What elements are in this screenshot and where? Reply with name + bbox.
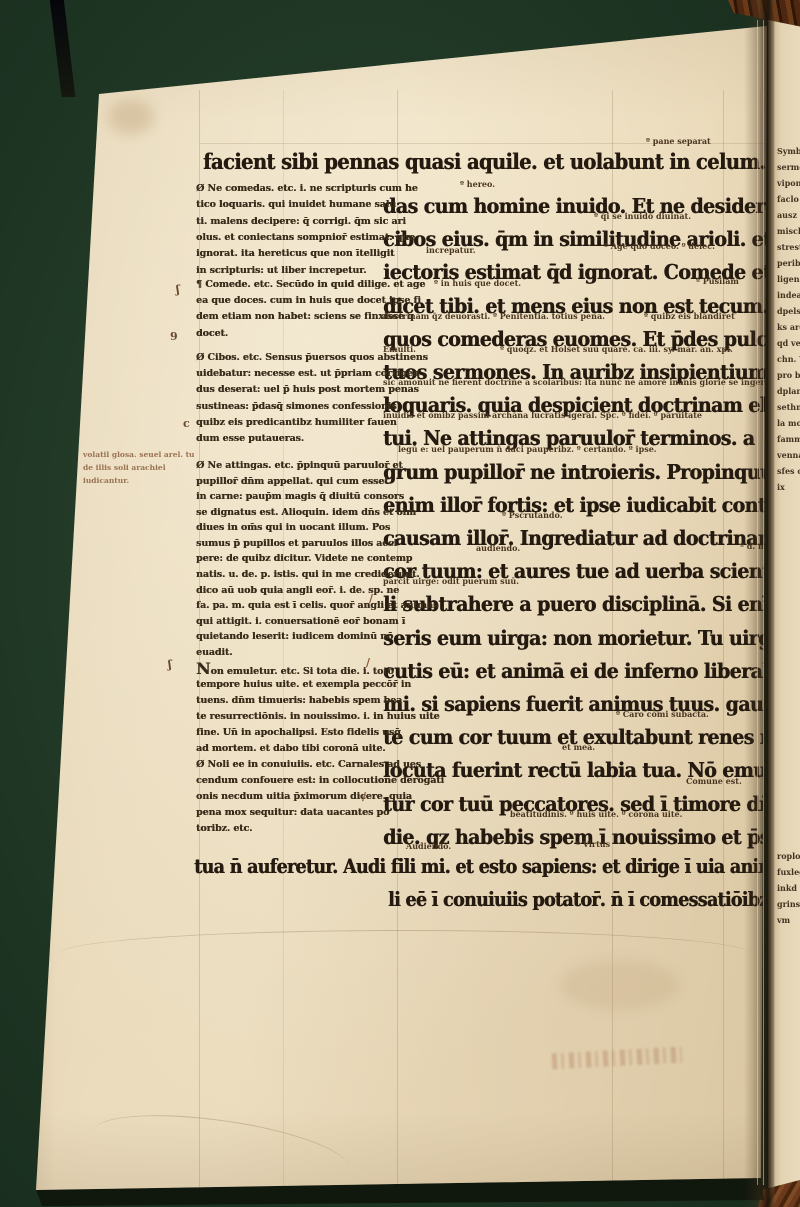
interlinear-gloss: º Caro cōmi subacta. (616, 709, 709, 719)
gloss-line: ti. malens decipere: q̄ corrigi. q̄m sic… (196, 214, 406, 230)
main-text-line: cutis eū: et animā ei de inferno liberab… (383, 657, 800, 686)
main-text-line: causam illor̄. Ingrediatur ad doctrinam (383, 524, 777, 553)
gloss-line: toribz. etc. (196, 821, 252, 837)
gloss-line: diues in om̄s qui in uocant illum. Pos (196, 520, 390, 536)
parchment-crease (87, 1102, 353, 1199)
interlinear-gloss: º Virtus (576, 839, 610, 849)
interlinear-gloss: audiendo. (476, 543, 520, 553)
gloss-line: ignorat. ita hereticus que non ītelligit (196, 246, 394, 262)
interlinear-gloss: º Pusilam (696, 276, 739, 286)
margin-mark: ʃ (168, 658, 172, 671)
gloss-line: Ø Noli ee in conuiuiis. etc. Carnales ad… (196, 757, 421, 773)
fore-edge-text: Symb (777, 146, 800, 156)
accent-mark: / (362, 790, 366, 803)
gloss-line: dem etiam non habet: sciens se finxisse … (196, 309, 414, 325)
fore-edge-text: peribz (777, 258, 800, 268)
fore-edge-text: grinsle (777, 899, 800, 909)
gloss-line: docet. (196, 326, 228, 342)
gloss-line: quietando leserit: iudicem dominū nō (196, 629, 393, 645)
stain (560, 960, 680, 1010)
main-text-line: enim illor̄ fortis: et ipse iudicabit co… (383, 491, 800, 520)
parchment-page: facient sibi pennas quasi aquile. et uol… (0, 0, 800, 1207)
gloss-line: sumus p̄ pupillos et paruulos illos acci (196, 536, 397, 552)
gutter-shadow (744, 0, 775, 1207)
main-text-line: facient sibi pennas quasi aquile. et uol… (203, 148, 800, 177)
gloss-line: Ø Cibos. etc. Sensus p̄uersos quos absti… (196, 350, 428, 366)
fore-edge-text: fuxleg (777, 867, 800, 877)
interlinear-gloss: increpatur. (426, 245, 476, 255)
fore-edge-text: ligendo (777, 274, 800, 284)
fore-edge-text: ix (777, 482, 800, 492)
gloss-line: onis necdum uitia p̄ximorum dicere. quia (196, 789, 412, 805)
gloss-line: Ø Ne comedas. etc. i. ne scripturis cum … (196, 181, 418, 197)
main-text-line: li eē ī conuiuiis potator̄. n̄ ī comessa… (388, 886, 800, 915)
gloss-line: cendum confouere est: in collocutione de… (196, 773, 444, 789)
interlinear-gloss: º hereo. (460, 179, 495, 189)
fore-edge-text: vm (777, 915, 800, 925)
interlinear-gloss: sic amonuit ne fierent doctrine a scolar… (383, 377, 779, 387)
margin-mark: ʃ (176, 283, 180, 296)
interlinear-gloss: Audiendo. (406, 841, 451, 851)
gloss-line: tico loquaris. qui inuidet humane salu (196, 197, 396, 213)
fore-edge-text: strestin (777, 242, 800, 252)
gloss-line: qui attigit. i. conuersationē eor̄ bonam… (196, 614, 405, 630)
manuscript-photo: Symb sermo vipon faclo p ausz el miscly … (0, 0, 800, 1207)
margin-note-line: volatil glosa. seuel arel. tu (83, 450, 195, 459)
gloss-line: pupillor̄ dn̄m appellat. qui cum esset (196, 474, 389, 490)
page-edge-line (757, 20, 758, 1185)
gloss-line: fa. pa. m. quia est ī celis. quor̄ angli… (196, 598, 438, 614)
gloss-line: olus. et coniectans sompnior̄ estimat: q… (196, 230, 415, 246)
bookmark-strap (44, 0, 76, 97)
fore-edge-text: fammo (777, 434, 800, 444)
margin-note-line: de illis soli arachiel (83, 463, 166, 472)
gloss-line: natis. u. de. p. istis. qui in me credid… (196, 567, 419, 583)
fore-edge-text: vipon (777, 178, 800, 188)
interlinear-gloss: º Age quo doceo. º delec. (604, 241, 715, 251)
interlinear-gloss: et mea. (562, 742, 595, 752)
gloss-line: tempore huius uite. et exempla peccōr̄ i… (196, 677, 411, 693)
fore-edge-text: inkd u (777, 883, 800, 893)
fore-edge-text: pro bern (777, 370, 800, 380)
fore-edge-text: qd venu (777, 338, 800, 348)
interlinear-gloss: doctrinam q̄z deuorasti. º Penitentia. t… (383, 311, 605, 321)
margin-mark: c (183, 417, 190, 430)
gloss-line: dus deserat: uel p̄ huis post mortem pen… (196, 382, 419, 398)
fore-edge-text: indeam (777, 290, 800, 300)
interlinear-gloss: º q̄i se inuido diuinat. (594, 211, 691, 221)
interlinear-gloss: legū e: uel pauperum n̄ daci pauperibz. … (398, 444, 657, 454)
fore-edge-text: sethnd (777, 402, 800, 412)
gloss-line: in carne: paup̄m magis q̄ diuitū consors (196, 489, 404, 505)
main-text-line: das cum homine inuido. Et ne desideres (383, 192, 786, 221)
gloss-line: quibz eis predicantibz humiliter fauen (196, 415, 397, 431)
fore-edge-text: la mode (777, 418, 800, 428)
stain (108, 100, 154, 134)
margin-mark: 9 (170, 330, 178, 343)
gloss-line: pere: de quibz dicitur. Videte ne contem… (196, 551, 412, 567)
gloss-line: uidebatur: necesse est. ut p̄priam corri… (196, 366, 420, 382)
main-text-line: mi. si sapiens fuerit animus tuus. gaude… (383, 690, 800, 719)
interlinear-gloss: Comune est. (686, 776, 742, 786)
gloss-line: tuens. dn̄m timueris: habebis spem bea (196, 693, 402, 709)
faded-inscription (552, 1047, 683, 1070)
fore-edge-text: vennas (777, 450, 800, 460)
interlinear-gloss: inuidis et omibz passim archana lucratis… (383, 410, 702, 420)
interlinear-gloss: º in huis que docet. (434, 278, 521, 288)
fore-edge-text: miscly (777, 226, 800, 236)
margin-note-line: iudicantur. (83, 476, 129, 485)
fore-edge-text: chn. Vlt (777, 354, 800, 364)
main-text-line: grum pupillor̄ ne introieris. Propinquus (383, 458, 783, 487)
interlinear-gloss: º quoq̄z. et Holset suū quare. ca. iii. … (500, 344, 733, 354)
fore-edge-text: sermo (777, 162, 800, 172)
accent-mark: / (366, 656, 370, 669)
interlinear-gloss: º quibz eis blandiret (644, 311, 735, 321)
main-text-line: li subtrahere a puero disciplinā. Si enī… (383, 590, 800, 619)
fore-edge-text: sfes on (777, 466, 800, 476)
gloss-line: te resurrectiōnis. in nouissimo. i. in h… (196, 709, 440, 725)
fore-edge-text: ausz el (777, 210, 800, 220)
gloss-line: ad mortem. et dabo tibi coronā uite. (196, 741, 385, 757)
fore-edge-text: faclo p (777, 194, 800, 204)
fore-edge-text: dpels; s (777, 306, 800, 316)
fore-edge-text: roplo (777, 851, 800, 861)
gloss-line: Ø Ne attingas. etc. p̄pinquū paruulor̄ e… (196, 458, 403, 474)
gloss-line: dum esse putaueras. (196, 431, 304, 447)
gloss-line: pena mox sequitur: data uacantes po (196, 805, 389, 821)
interlinear-gloss: º pane separat (646, 136, 711, 146)
gloss-line: sustineas: p̄dasq̄ simones confessionis (196, 399, 397, 415)
interlinear-gloss: beatitudinis. º huis uite. º corona uite… (510, 809, 682, 819)
interlinear-gloss: º P̄scrutando. (502, 510, 562, 520)
gloss-line: ea que doces. cum in huis que docet ipse… (196, 293, 421, 309)
page-edge-line (763, 20, 764, 1185)
accent-mark: / (369, 592, 373, 605)
main-text-line: tua n̄ auferetur. Audi fili mi. et esto … (194, 853, 800, 882)
fore-edge-text: dplan a (777, 386, 800, 396)
gloss-line: fine. Un̄ in apochalipsi. Esto fidelis u… (196, 725, 401, 741)
gloss-line: se dignatus est. Alioquin. idem dn̄s et … (196, 505, 416, 521)
fore-edge-text: ks arde (777, 322, 800, 332)
main-text-line: seris eum uirga: non morietur. Tu uirga … (383, 624, 800, 653)
gloss-line: ¶ Comede. etc. Secūdo in quid dilige. et… (196, 277, 425, 293)
